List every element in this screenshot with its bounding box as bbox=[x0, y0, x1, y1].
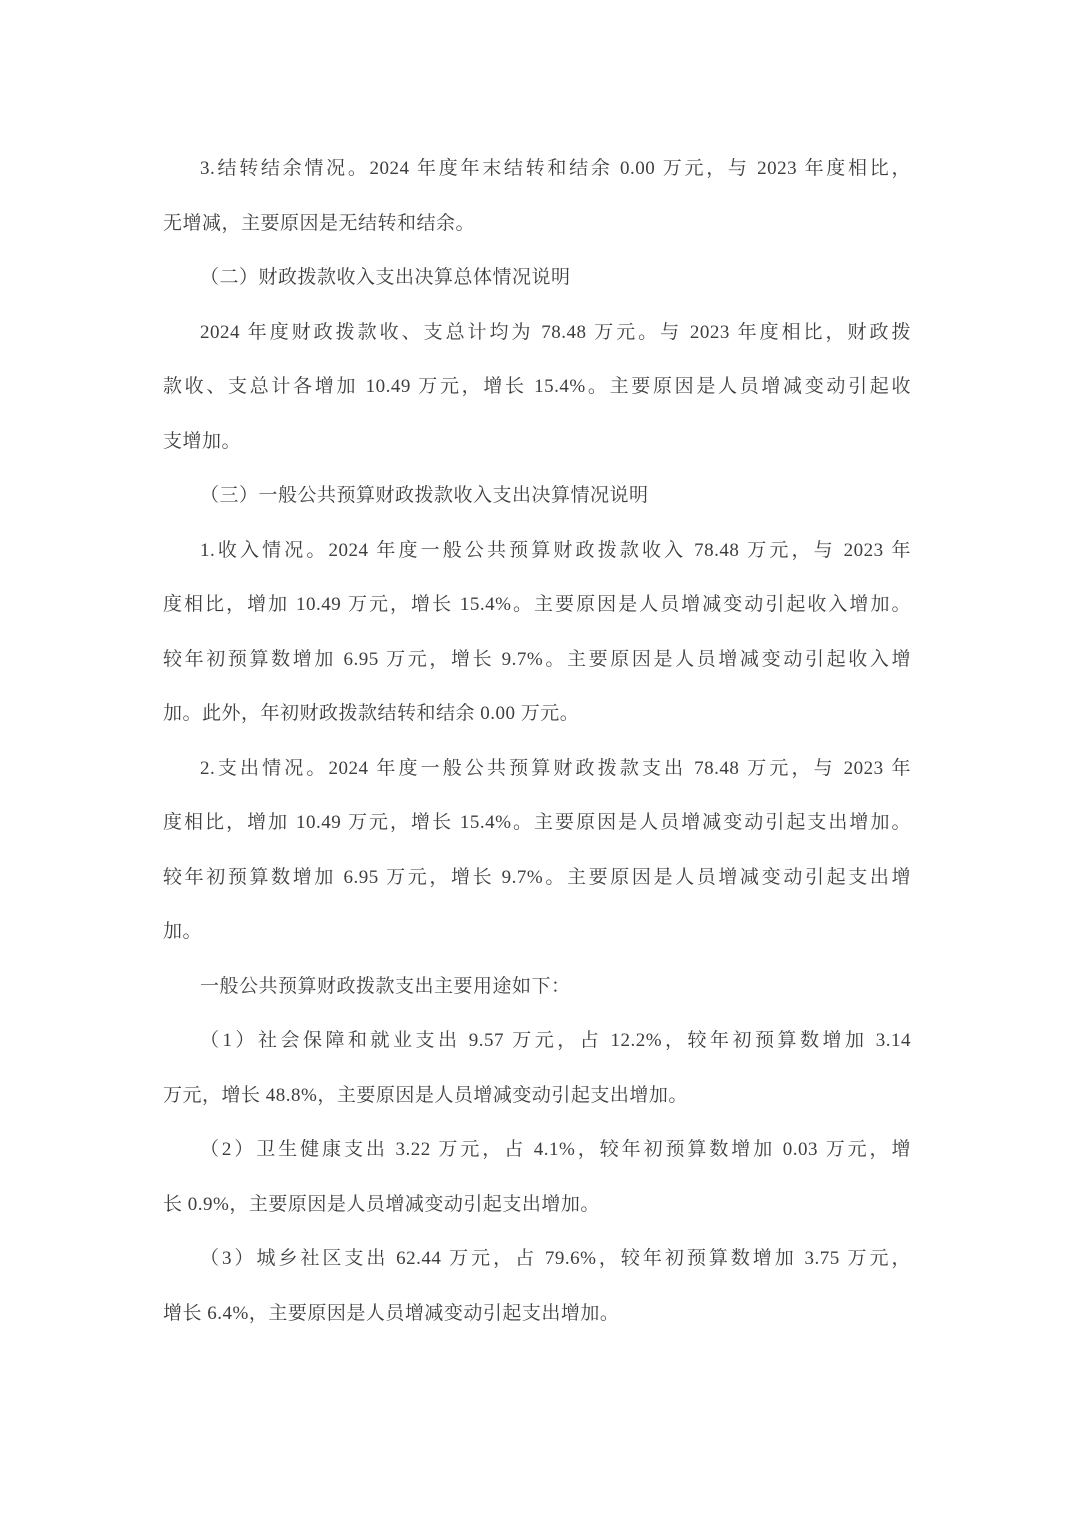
text-line: 一般公共预算财政拨款支出主要用途如下： bbox=[163, 960, 911, 1015]
text-line: 款收、支总计各增加 10.49 万元，增长 15.4%。主要原因是人员增减变动引… bbox=[163, 360, 911, 415]
text-line: 2024 年度财政拨款收、支总计均为 78.48 万元。与 2023 年度相比，… bbox=[163, 306, 911, 361]
section-heading: （二）财政拨款收入支出决算总体情况说明 bbox=[163, 251, 911, 306]
text-line: 加。 bbox=[163, 905, 911, 960]
text-line: 长 0.9%，主要原因是人员增减变动引起支出增加。 bbox=[163, 1178, 911, 1233]
text-line: 加。此外，年初财政拨款结转和结余 0.00 万元。 bbox=[163, 687, 911, 742]
text-line: 增长 6.4%，主要原因是人员增减变动引起支出增加。 bbox=[163, 1287, 911, 1342]
text-line: （3）城乡社区支出 62.44 万元，占 79.6%，较年初预算数增加 3.75… bbox=[163, 1232, 911, 1287]
text-line: 较年初预算数增加 6.95 万元，增长 9.7%。主要原因是人员增减变动引起支出… bbox=[163, 851, 911, 906]
text-line: 度相比，增加 10.49 万元，增长 15.4%。主要原因是人员增减变动引起支出… bbox=[163, 796, 911, 851]
text-line: 无增减，主要原因是无结转和结余。 bbox=[163, 197, 911, 252]
text-line: 万元，增长 48.8%，主要原因是人员增减变动引起支出增加。 bbox=[163, 1069, 911, 1124]
section-heading: （三）一般公共预算财政拨款收入支出决算情况说明 bbox=[163, 469, 911, 524]
text-line: 较年初预算数增加 6.95 万元，增长 9.7%。主要原因是人员增减变动引起收入… bbox=[163, 633, 911, 688]
text-line: （1）社会保障和就业支出 9.57 万元，占 12.2%，较年初预算数增加 3.… bbox=[163, 1014, 911, 1069]
text-line: （2）卫生健康支出 3.22 万元，占 4.1%，较年初预算数增加 0.03 万… bbox=[163, 1123, 911, 1178]
text-line: 3.结转结余情况。2024 年度年末结转和结余 0.00 万元，与 2023 年… bbox=[163, 142, 911, 197]
text-line: 2.支出情况。2024 年度一般公共预算财政拨款支出 78.48 万元，与 20… bbox=[163, 742, 911, 797]
text-line: 支增加。 bbox=[163, 415, 911, 470]
document-body: 3.结转结余情况。2024 年度年末结转和结余 0.00 万元，与 2023 年… bbox=[163, 142, 911, 1341]
document-page: 3.结转结余情况。2024 年度年末结转和结余 0.00 万元，与 2023 年… bbox=[0, 0, 1074, 1520]
text-line: 1.收入情况。2024 年度一般公共预算财政拨款收入 78.48 万元，与 20… bbox=[163, 524, 911, 579]
text-line: 度相比，增加 10.49 万元，增长 15.4%。主要原因是人员增减变动引起收入… bbox=[163, 578, 911, 633]
